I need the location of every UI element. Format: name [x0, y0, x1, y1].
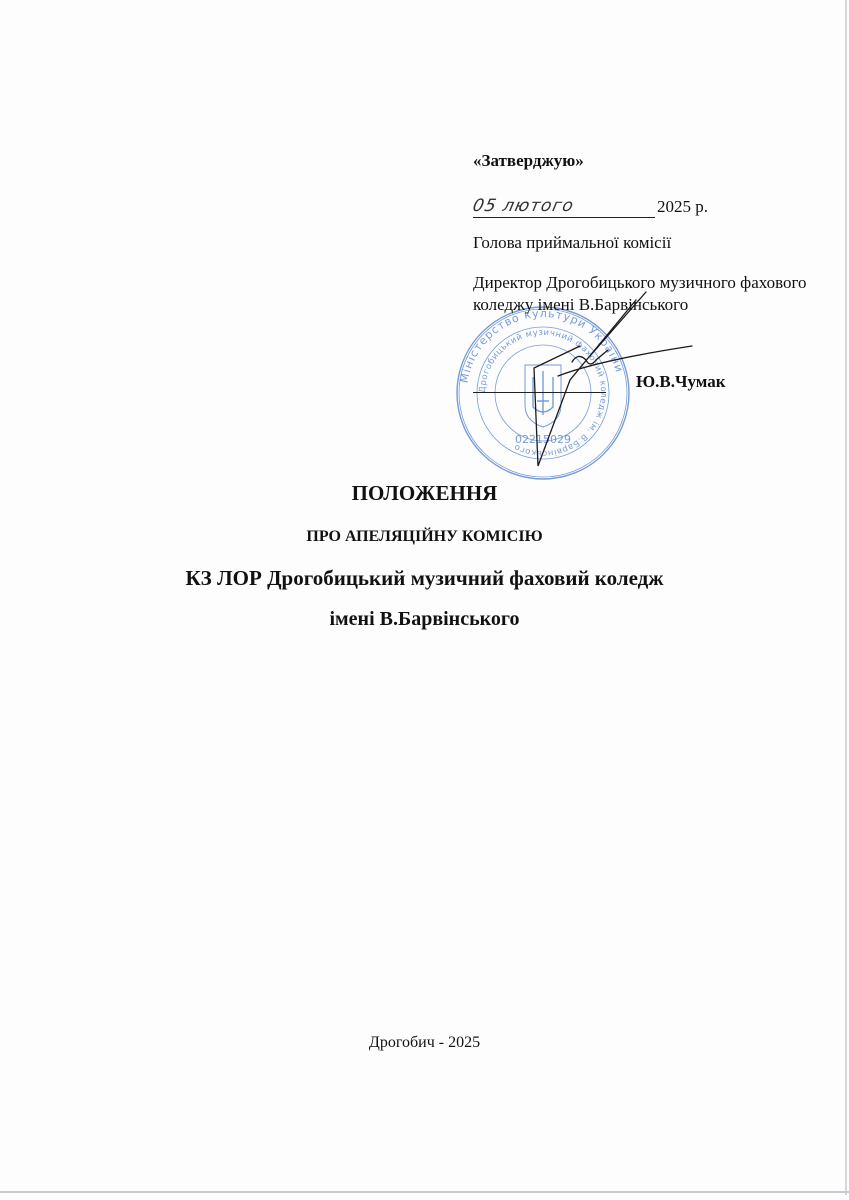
page-edge	[0, 1191, 849, 1193]
document-title: ПОЛОЖЕННЯ	[0, 481, 849, 506]
institution-name-cont: імені В.Барвінського	[0, 608, 849, 631]
approval-year: 2025 р.	[657, 197, 708, 216]
handwritten-date: 05 лютого	[471, 195, 577, 217]
place-and-year: Дрогобич - 2025	[0, 1034, 849, 1052]
approval-title: «Затверджую»	[473, 150, 584, 172]
approver-role: Голова приймальної комісії	[473, 232, 671, 254]
institution-name: КЗ ЛОР Дрогобицький музичний фаховий кол…	[0, 566, 849, 591]
date-blank-field: 05 лютого	[473, 197, 655, 218]
page-edge	[845, 0, 847, 1195]
handwritten-signature-icon	[440, 290, 700, 490]
approval-date: 05 лютого 2025 р.	[473, 196, 708, 218]
document-subtitle: ПРО АПЕЛЯЦІЙНУ КОМІСІЮ	[0, 528, 849, 546]
